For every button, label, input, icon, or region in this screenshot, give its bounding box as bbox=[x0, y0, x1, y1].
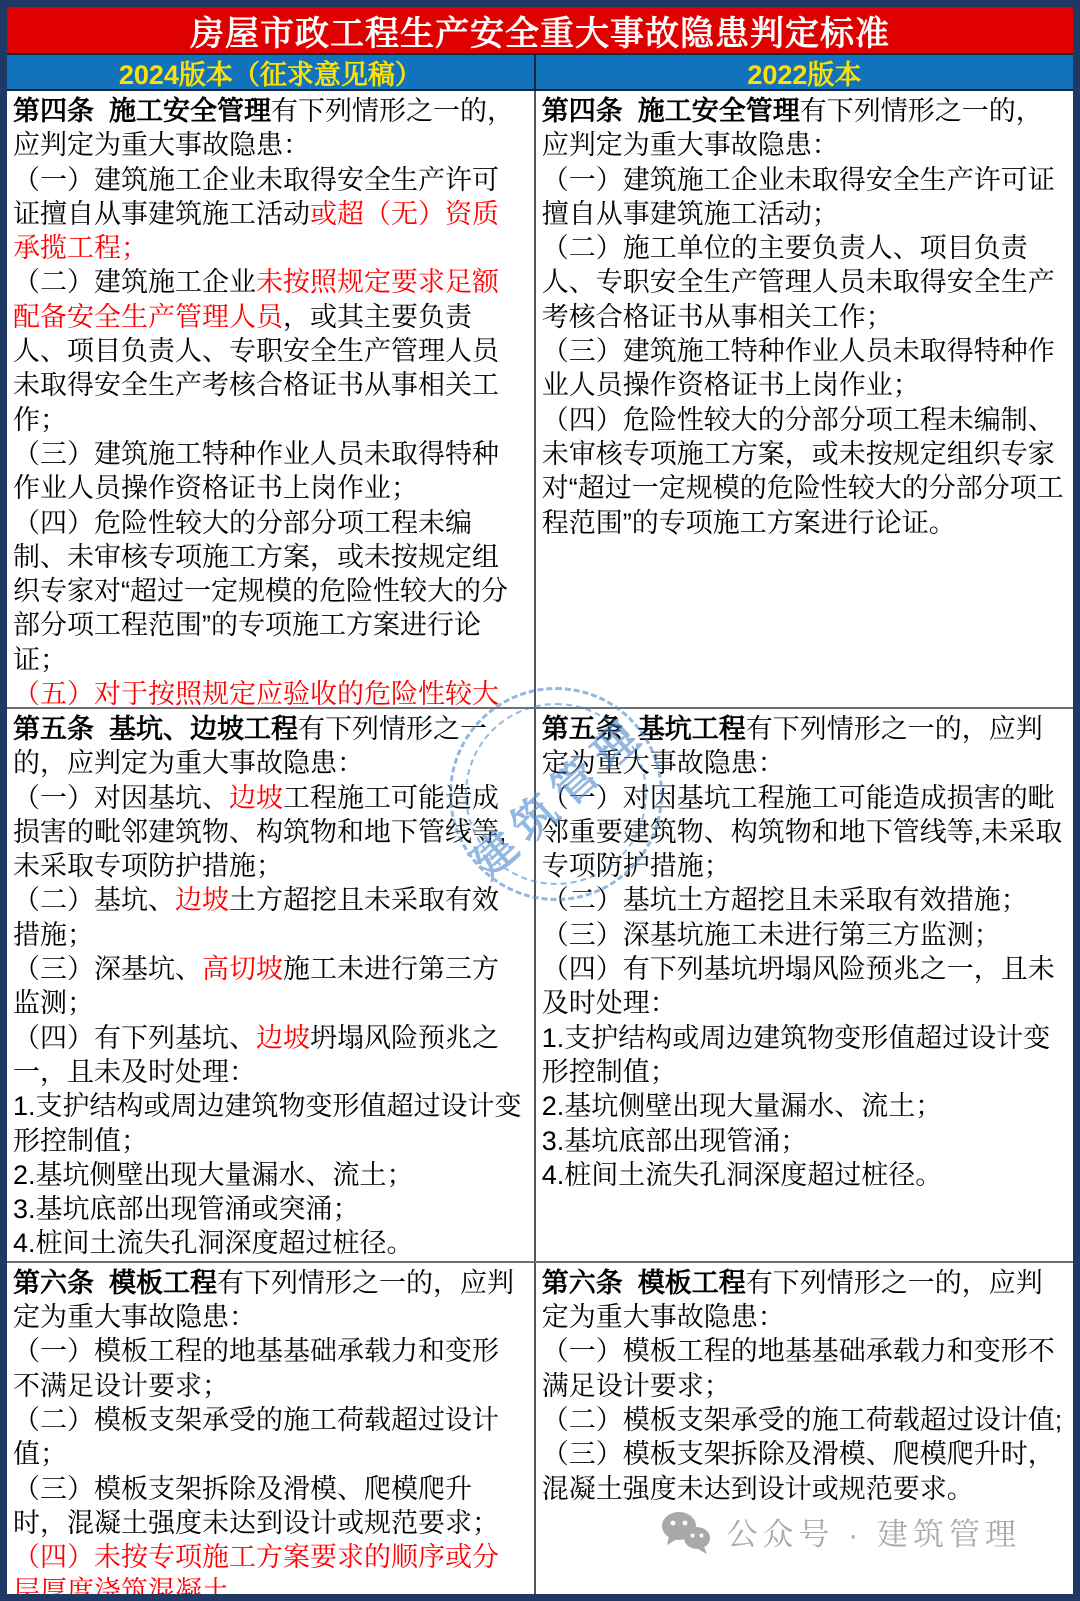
paragraph: 3.基坑底部出现管涌； bbox=[542, 1124, 1065, 1158]
paragraph: 4.桩间土流失孔洞深度超过桩径。 bbox=[542, 1158, 1065, 1192]
article-heading: 第四条 施工安全管理 bbox=[542, 96, 800, 126]
paragraph: 2.基坑侧壁出现大量漏水、流土； bbox=[542, 1089, 1065, 1123]
body-text: （二）建筑施工企业 bbox=[13, 267, 256, 297]
paragraph: 第六条 模板工程有下列情形之一的，应判定为重大事故隐患： bbox=[542, 1266, 1065, 1335]
body-text: （二）基坑土方超挖且未采取有效措施； bbox=[542, 885, 1028, 915]
body-text: （二）模板支架承受的施工荷载超过设计值; bbox=[542, 1405, 1063, 1435]
section-row-article-4: 第四条 施工安全管理有下列情形之一的，应判定为重大事故隐患：（一）建筑施工企业未… bbox=[7, 91, 1073, 707]
paragraph: （三）模板支架拆除及滑模、爬模爬升时，混凝土强度未达到设计或规范要求。 bbox=[542, 1437, 1065, 1506]
highlighted-text: （四）未按专项施工方案要求的顺序或分层厚度浇筑混凝土。 bbox=[13, 1542, 499, 1601]
body-text: （一）对因基坑、 bbox=[13, 783, 229, 813]
paragraph: （四）有下列基坑、边坡坍塌风险预兆之一，且未及时处理： bbox=[13, 1021, 526, 1090]
paragraph: 1.支护结构或周边建筑物变形值超过设计变形控制值； bbox=[542, 1021, 1065, 1090]
body-text: 1.支护结构或周边建筑物变形值超过设计变形控制值； bbox=[13, 1091, 522, 1155]
paragraph: 2.基坑侧壁出现大量漏水、流土； bbox=[13, 1158, 526, 1192]
paragraph: （四）未按专项施工方案要求的顺序或分层厚度浇筑混凝土。 bbox=[13, 1540, 526, 1601]
body-text: （三）建筑施工特种作业人员未取得特种作业人员操作资格证书上岗作业； bbox=[542, 336, 1055, 400]
body-text: （四）有下列基坑、 bbox=[13, 1023, 256, 1053]
paragraph: （一）模板工程的地基基础承载力和变形不满足设计要求； bbox=[13, 1334, 526, 1403]
version-header-2024: 2024版本（征求意见稿） bbox=[7, 55, 536, 89]
body-text: （一）对因基坑工程施工可能造成损害的毗邻重要建筑物、构筑物和地下管线等,未采取专… bbox=[542, 783, 1063, 882]
paragraph: （一）模板工程的地基基础承载力和变形不满足设计要求； bbox=[542, 1334, 1065, 1403]
body-text: 3.基坑底部出现管涌或突涌； bbox=[13, 1194, 360, 1224]
paragraph: （二）模板支架承受的施工荷载超过设计值; bbox=[542, 1403, 1065, 1437]
article-6-left-cell: 第六条 模板工程有下列情形之一的，应判定为重大事故隐患：（一）模板工程的地基基础… bbox=[7, 1263, 536, 1601]
paragraph: （五）对于按照规定应验收的危险性较大的分部分项工程，未验收合格即进入下一道工序或… bbox=[13, 677, 526, 707]
body-text: （四）危险性较大的分部分项工程未编制、未审核专项施工方案，或未按规定组织专家对“… bbox=[542, 405, 1064, 538]
paragraph: （二）基坑、边坡土方超挖且未采取有效措施； bbox=[13, 883, 526, 952]
article-5-left-cell: 第五条 基坑、边坡工程有下列情形之一的，应判定为重大事故隐患：（一）对因基坑、边… bbox=[7, 709, 536, 1261]
article-heading: 第四条 施工安全管理 bbox=[13, 96, 271, 126]
body-text: （三）建筑施工特种作业人员未取得特种作业人员操作资格证书上岗作业； bbox=[13, 439, 499, 503]
paragraph: （三）深基坑、高切坡施工未进行第三方监测； bbox=[13, 952, 526, 1021]
paragraph: （四）有下列基坑坍塌风险预兆之一，且未及时处理： bbox=[542, 952, 1065, 1021]
paragraph: （一）对因基坑工程施工可能造成损害的毗邻重要建筑物、构筑物和地下管线等,未采取专… bbox=[542, 781, 1065, 884]
paragraph: 第六条 模板工程有下列情形之一的，应判定为重大事故隐患： bbox=[13, 1266, 526, 1335]
paragraph: （三）深基坑施工未进行第三方监测； bbox=[542, 918, 1065, 952]
paragraph: 第四条 施工安全管理有下列情形之一的，应判定为重大事故隐患： bbox=[542, 94, 1065, 163]
paragraph: （一）建筑施工企业未取得安全生产许可证擅自从事建筑施工活动或超（无）资质承揽工程… bbox=[13, 163, 526, 266]
body-text: 4.桩间土流失孔洞深度超过桩径。 bbox=[542, 1160, 943, 1190]
article-5-right-cell: 第五条 基坑工程有下列情形之一的，应判定为重大事故隐患：（一）对因基坑工程施工可… bbox=[536, 709, 1073, 1261]
highlighted-text: 边坡 bbox=[175, 885, 229, 915]
highlighted-text: 高切坡 bbox=[202, 954, 283, 984]
paragraph: （二）模板支架承受的施工荷载超过设计值； bbox=[13, 1403, 526, 1472]
paragraph: 第四条 施工安全管理有下列情形之一的，应判定为重大事故隐患： bbox=[13, 94, 526, 163]
title-bar: 房屋市政工程生产安全重大事故隐患判定标准 bbox=[7, 7, 1073, 55]
article-4-left-cell: 第四条 施工安全管理有下列情形之一的，应判定为重大事故隐患：（一）建筑施工企业未… bbox=[7, 91, 536, 707]
version-header-2022: 2022版本 bbox=[536, 55, 1073, 89]
article-heading: 第六条 模板工程 bbox=[542, 1268, 746, 1298]
paragraph: （二）基坑土方超挖且未采取有效措施； bbox=[542, 883, 1065, 917]
body-text: （四）危险性较大的分部分项工程未编制、未审核专项施工方案，或未按规定组织专家对“… bbox=[13, 508, 508, 675]
paragraph: （三）模板支架拆除及滑模、爬模爬升时，混凝土强度未达到设计或规范要求； bbox=[13, 1472, 526, 1541]
body-text: （三）模板支架拆除及滑模、爬模爬升时，混凝土强度未达到设计或规范要求。 bbox=[542, 1439, 1055, 1503]
body-text: 4.桩间土流失孔洞深度超过桩径。 bbox=[13, 1228, 414, 1258]
body-text: （一）模板工程的地基基础承载力和变形不满足设计要求； bbox=[13, 1336, 499, 1400]
wechat-icon bbox=[660, 1510, 712, 1554]
paragraph: 第五条 基坑、边坡工程有下列情形之一的，应判定为重大事故隐患： bbox=[13, 712, 526, 781]
highlighted-text: 边坡 bbox=[256, 1023, 310, 1053]
page-title: 房屋市政工程生产安全重大事故隐患判定标准 bbox=[190, 6, 890, 55]
footer-label: 公众号 · 建筑管理 bbox=[726, 1509, 1021, 1554]
body-text: （二）基坑、 bbox=[13, 885, 175, 915]
body-text: （一）模板工程的地基基础承载力和变形不满足设计要求； bbox=[542, 1336, 1055, 1400]
document-page: 房屋市政工程生产安全重大事故隐患判定标准 2024版本（征求意见稿） 2022版… bbox=[0, 0, 1080, 1601]
paragraph: 4.桩间土流失孔洞深度超过桩径。 bbox=[13, 1226, 526, 1260]
highlighted-text: 边坡 bbox=[229, 783, 283, 813]
highlighted-text: （五）对于按照规定应验收的危险性较大的分部分项工程，未验收合格即进入下一道工序或… bbox=[13, 679, 499, 707]
body-text: （三）深基坑、 bbox=[13, 954, 202, 984]
body-text: （四）有下列基坑坍塌风险预兆之一，且未及时处理： bbox=[542, 954, 1055, 1018]
article-4-right-cell: 第四条 施工安全管理有下列情形之一的，应判定为重大事故隐患：（一）建筑施工企业未… bbox=[536, 91, 1073, 707]
paragraph: （二）建筑施工企业未按照规定要求足额配备安全生产管理人员，或其主要负责人、项目负… bbox=[13, 265, 526, 436]
body-text: （三）模板支架拆除及滑模、爬模爬升时，混凝土强度未达到设计或规范要求； bbox=[13, 1474, 499, 1538]
footer-brand: 公众号 · 建筑管理 bbox=[660, 1509, 1021, 1554]
paragraph: （三）建筑施工特种作业人员未取得特种作业人员操作资格证书上岗作业； bbox=[542, 334, 1065, 403]
body-text: 2.基坑侧壁出现大量漏水、流土； bbox=[13, 1160, 414, 1190]
body-text: （二）施工单位的主要负责人、项目负责人、专职安全生产管理人员未取得安全生产考核合… bbox=[542, 233, 1055, 332]
body-text: 2.基坑侧壁出现大量漏水、流土； bbox=[542, 1091, 943, 1121]
body-text: 3.基坑底部出现管涌； bbox=[542, 1126, 808, 1156]
section-row-article-5: 第五条 基坑、边坡工程有下列情形之一的，应判定为重大事故隐患：（一）对因基坑、边… bbox=[7, 707, 1073, 1261]
body-text: （二）模板支架承受的施工荷载超过设计值； bbox=[13, 1405, 499, 1469]
version-header-row: 2024版本（征求意见稿） 2022版本 bbox=[7, 55, 1073, 91]
paragraph: （一）对因基坑、边坡工程施工可能造成损害的毗邻建筑物、构筑物和地下管线等,未采取… bbox=[13, 781, 526, 884]
paragraph: 3.基坑底部出现管涌或突涌； bbox=[13, 1192, 526, 1226]
paragraph: 1.支护结构或周边建筑物变形值超过设计变形控制值； bbox=[13, 1089, 526, 1158]
paragraph: 第五条 基坑工程有下列情形之一的，应判定为重大事故隐患： bbox=[542, 712, 1065, 781]
paragraph: （四）危险性较大的分部分项工程未编制、未审核专项施工方案，或未按规定组织专家对“… bbox=[542, 403, 1065, 540]
body-text: （三）深基坑施工未进行第三方监测； bbox=[542, 920, 1001, 950]
paragraph: （二）施工单位的主要负责人、项目负责人、专职安全生产管理人员未取得安全生产考核合… bbox=[542, 231, 1065, 334]
article-heading: 第五条 基坑工程 bbox=[542, 714, 746, 744]
body-text: 1.支护结构或周边建筑物变形值超过设计变形控制值； bbox=[542, 1023, 1051, 1087]
paragraph: （四）危险性较大的分部分项工程未编制、未审核专项施工方案，或未按规定组织专家对“… bbox=[13, 506, 526, 677]
paragraph: （一）建筑施工企业未取得安全生产许可证擅自从事建筑施工活动； bbox=[542, 163, 1065, 232]
table-body: 第四条 施工安全管理有下列情形之一的，应判定为重大事故隐患：（一）建筑施工企业未… bbox=[7, 91, 1073, 1599]
article-heading: 第六条 模板工程 bbox=[13, 1268, 217, 1298]
body-text: （一）建筑施工企业未取得安全生产许可证擅自从事建筑施工活动； bbox=[542, 165, 1055, 229]
paragraph: （三）建筑施工特种作业人员未取得特种作业人员操作资格证书上岗作业； bbox=[13, 437, 526, 506]
article-heading: 第五条 基坑、边坡工程 bbox=[13, 714, 298, 744]
